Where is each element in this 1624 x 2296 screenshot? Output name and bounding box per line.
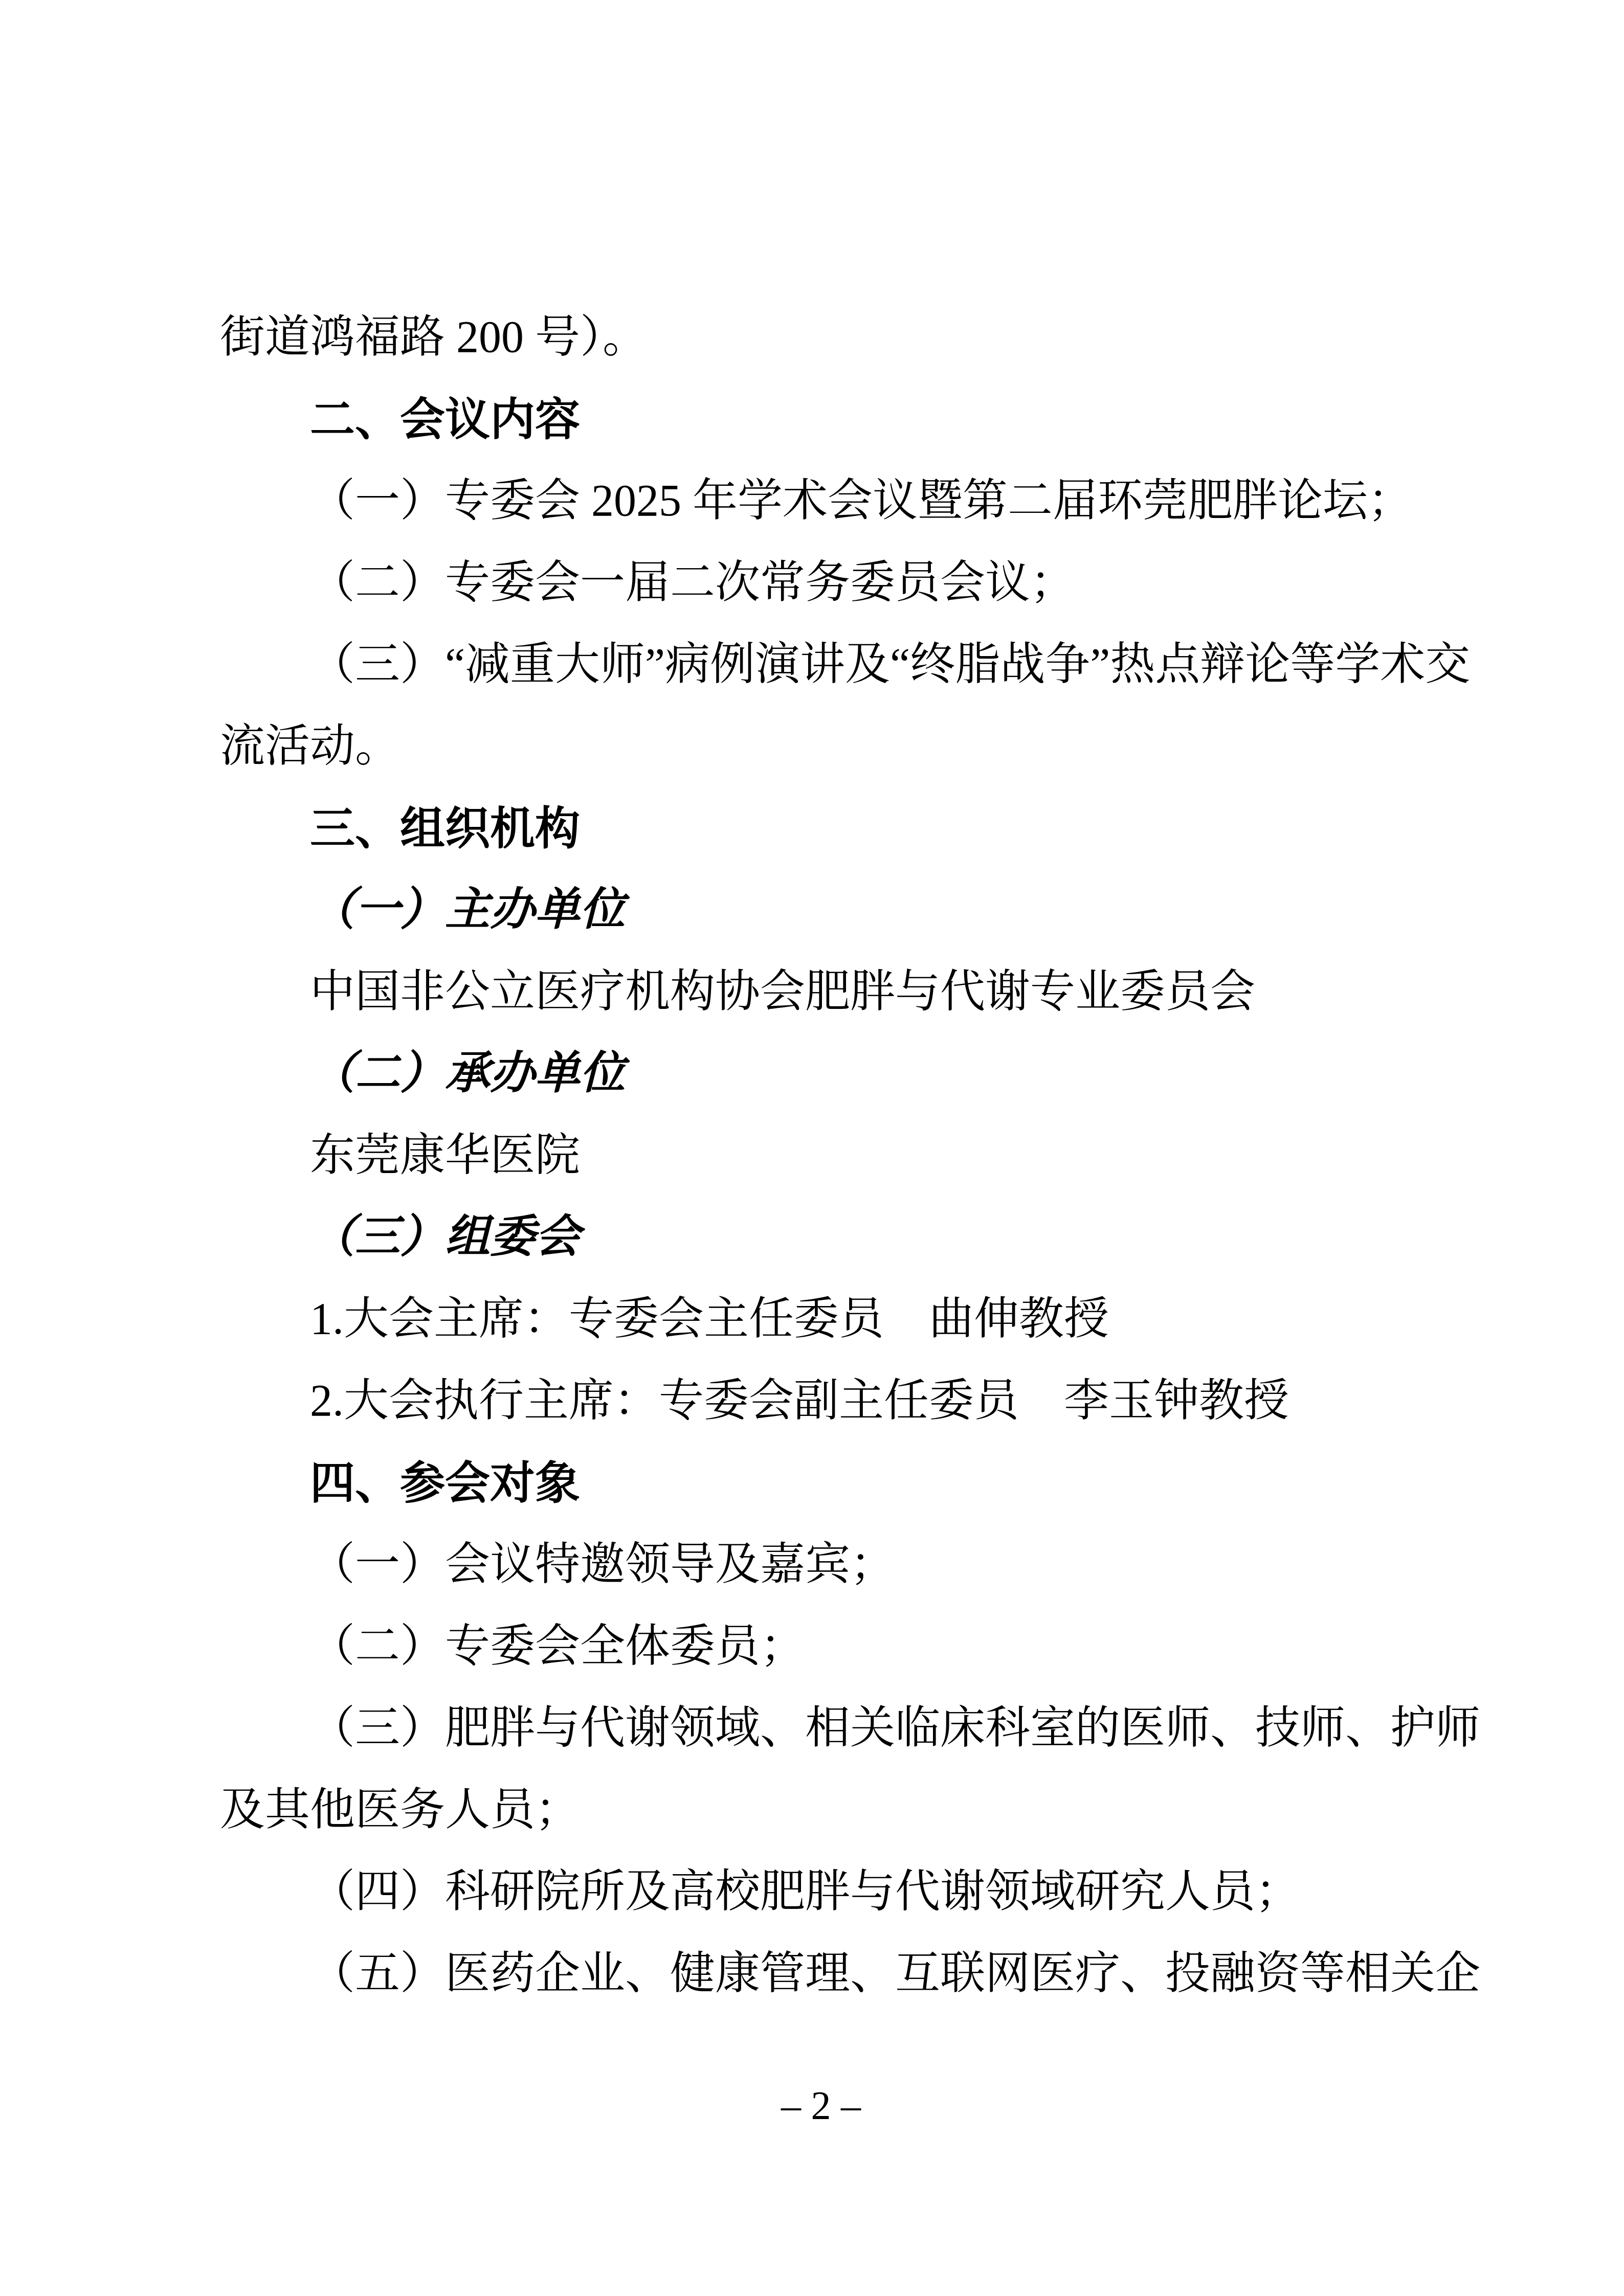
- document-page: 街道鸿福路 200 号）。 二、会议内容 （一）专委会 2025 年学术会议暨第…: [0, 0, 1624, 2296]
- subsection-heading: （一）主办单位: [220, 869, 1458, 951]
- body-line: （三）肥胖与代谢领域、相关临床科室的医师、技师、护师: [220, 1687, 1458, 1769]
- body-line: （二）专委会全体委员；: [220, 1606, 1458, 1687]
- body-line: （二）专委会一届二次常务委员会议；: [220, 542, 1458, 624]
- body-line: 1.大会主席：专委会主任委员 曲伸教授: [220, 1278, 1458, 1360]
- body-line: （一）专委会 2025 年学术会议暨第二届环莞肥胖论坛；: [220, 460, 1458, 542]
- body-line: 流活动。: [220, 706, 1458, 787]
- page-number: – 2 –: [220, 2077, 1422, 2133]
- body-line: 街道鸿福路 200 号）。: [220, 297, 1458, 378]
- body-line: （五）医药企业、健康管理、互联网医疗、投融资等相关企: [220, 1933, 1458, 2015]
- section-heading: 四、参会对象: [220, 1442, 1458, 1524]
- section-heading: 二、会议内容: [220, 378, 1458, 460]
- body-line: 2.大会执行主席：专委会副主任委员 李玉钟教授: [220, 1360, 1458, 1442]
- subsection-heading: （三）组委会: [220, 1197, 1458, 1278]
- section-heading: 三、组织机构: [220, 787, 1458, 869]
- subsection-heading: （二）承办单位: [220, 1033, 1458, 1115]
- body-line: 东莞康华医院: [220, 1115, 1458, 1197]
- body-line: （四）科研院所及高校肥胖与代谢领域研究人员；: [220, 1851, 1458, 1933]
- body-line: 中国非公立医疗机构协会肥胖与代谢专业委员会: [220, 951, 1458, 1033]
- body-line: （三）“减重大师”病例演讲及“终脂战争”热点辩论等学术交: [220, 624, 1458, 706]
- document-body: 街道鸿福路 200 号）。 二、会议内容 （一）专委会 2025 年学术会议暨第…: [220, 297, 1458, 2015]
- body-line: 及其他医务人员；: [220, 1769, 1458, 1851]
- body-line: （一）会议特邀领导及嘉宾；: [220, 1524, 1458, 1606]
